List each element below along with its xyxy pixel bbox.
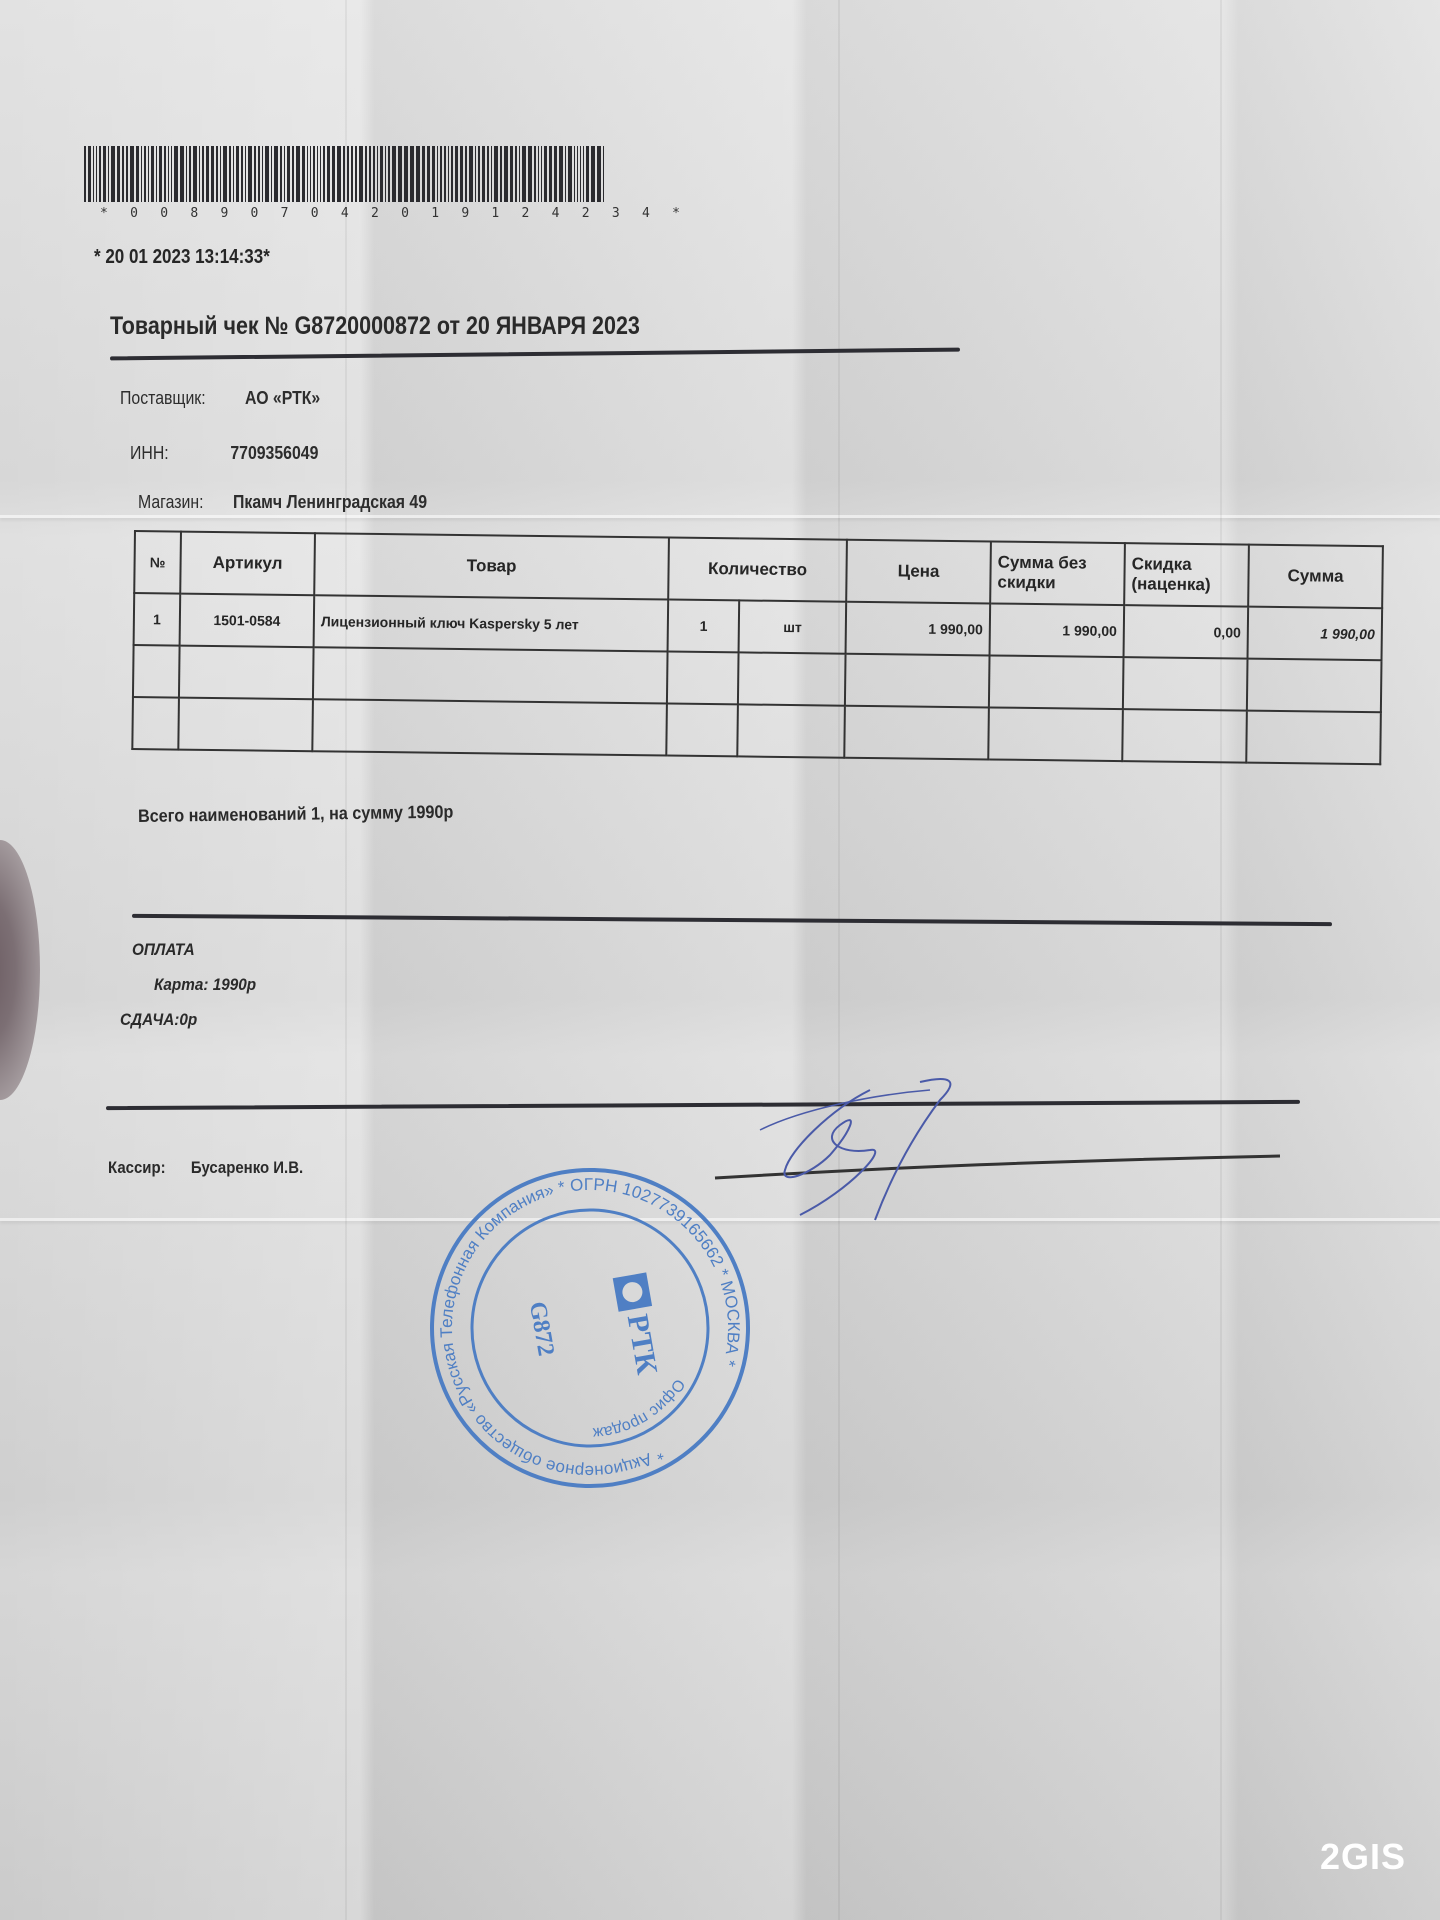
barcode-digit: 2 [582, 206, 590, 221]
supplier-value: АО «РТК» [245, 388, 320, 409]
col-product: Товар [314, 533, 669, 599]
col-sum-no-discount: Сумма без скидки [990, 541, 1125, 605]
cell-no: 1 [134, 593, 181, 646]
col-article: Артикул [180, 532, 315, 596]
payment-change: СДАЧА:0р [120, 1010, 197, 1030]
barcode-digit: 4 [341, 206, 349, 221]
payment-heading: ОПЛАТА [132, 940, 195, 960]
cashier-name: Бусаренко И.В. [191, 1158, 303, 1177]
barcode-digit: 0 [401, 206, 409, 221]
barcode-digit: 4 [552, 206, 560, 221]
cell-article: 1501-0584 [180, 594, 315, 648]
supplier-label: Поставщик: [120, 388, 206, 409]
cell-qty: 1 [668, 600, 740, 653]
barcode-digit: * [672, 206, 680, 221]
payment-card: Карта: 1990р [154, 975, 256, 995]
barcode-digit: 7 [281, 206, 289, 221]
items-summary: Всего наименований 1, на сумму 1990р [138, 802, 454, 827]
paper-fold [345, 0, 347, 1920]
stamp-brand: РТК [621, 1312, 664, 1378]
barcode-digit: 2 [371, 206, 379, 221]
barcode-digit: 0 [251, 206, 259, 221]
store-label: Магазин: [138, 492, 204, 513]
print-timestamp: * 20 01 2023 13:14:33* [94, 246, 270, 269]
inn-value: 7709356049 [230, 443, 318, 464]
company-stamp: * Акционерное общество «Русская Телефонн… [425, 1163, 755, 1493]
cell-discount: 0,00 [1124, 605, 1249, 659]
store-value: Пкамч Ленинградская 49 [233, 492, 427, 513]
col-quantity: Количество [668, 538, 847, 602]
barcode-digit: 2 [522, 206, 530, 221]
barcode-digits: *008907042019124234* [100, 206, 680, 221]
barcode-digit: 1 [431, 206, 439, 221]
barcode-digit: * [100, 206, 108, 221]
barcode-digit: 0 [130, 206, 138, 221]
col-no: № [134, 531, 181, 594]
col-discount: Скидка (наценка) [1124, 543, 1249, 607]
barcode-digit: 1 [491, 206, 499, 221]
cell-product: Лицензионный ключ Kaspersky 5 лет [314, 595, 669, 651]
inn-label: ИНН: [130, 443, 169, 464]
receipt-title: Товарный чек № G8720000872 от 20 ЯНВАРЯ … [110, 312, 640, 341]
cashier-field: Кассир: Бусаренко И.В. [108, 1158, 303, 1178]
col-sum: Сумма [1248, 545, 1383, 609]
barcode-digit: 0 [160, 206, 168, 221]
cell-sum-no-discount: 1 990,00 [990, 603, 1125, 657]
signature [700, 1070, 1300, 1230]
barcode-digit: 4 [642, 206, 650, 221]
paper-fold [838, 0, 840, 1920]
cashier-label: Кассир: [108, 1158, 166, 1177]
barcode-digit: 0 [311, 206, 319, 221]
items-table: № Артикул Товар Количество Цена Сумма бе… [131, 530, 1384, 765]
stamp-code: G872 [524, 1300, 559, 1358]
barcode-digit: 3 [612, 206, 620, 221]
cell-unit: шт [739, 600, 846, 653]
barcode [84, 146, 676, 202]
barcode-digit: 9 [461, 206, 469, 221]
watermark-2gis: 2GIS [1320, 1836, 1406, 1878]
cell-price: 1 990,00 [846, 602, 991, 656]
paper-fold [0, 515, 1440, 518]
barcode-digit: 8 [190, 206, 198, 221]
stamp-outer-text: * Акционерное общество «Русская Телефонн… [425, 1163, 755, 1493]
store-field: Магазин: Пкамч Ленинградская 49 [138, 492, 204, 513]
receipt-paper [0, 0, 1440, 1920]
paper-fold [1220, 0, 1222, 1920]
cell-sum: 1 990,00 [1248, 607, 1383, 661]
supplier-field: Поставщик: АО «РТК» [120, 388, 206, 409]
inn-field: ИНН: 7709356049 [130, 443, 169, 464]
svg-text:* Акционерное общество «Русска: * Акционерное общество «Русская Телефонн… [425, 1163, 755, 1493]
col-price: Цена [846, 540, 991, 604]
barcode-digit: 9 [220, 206, 228, 221]
